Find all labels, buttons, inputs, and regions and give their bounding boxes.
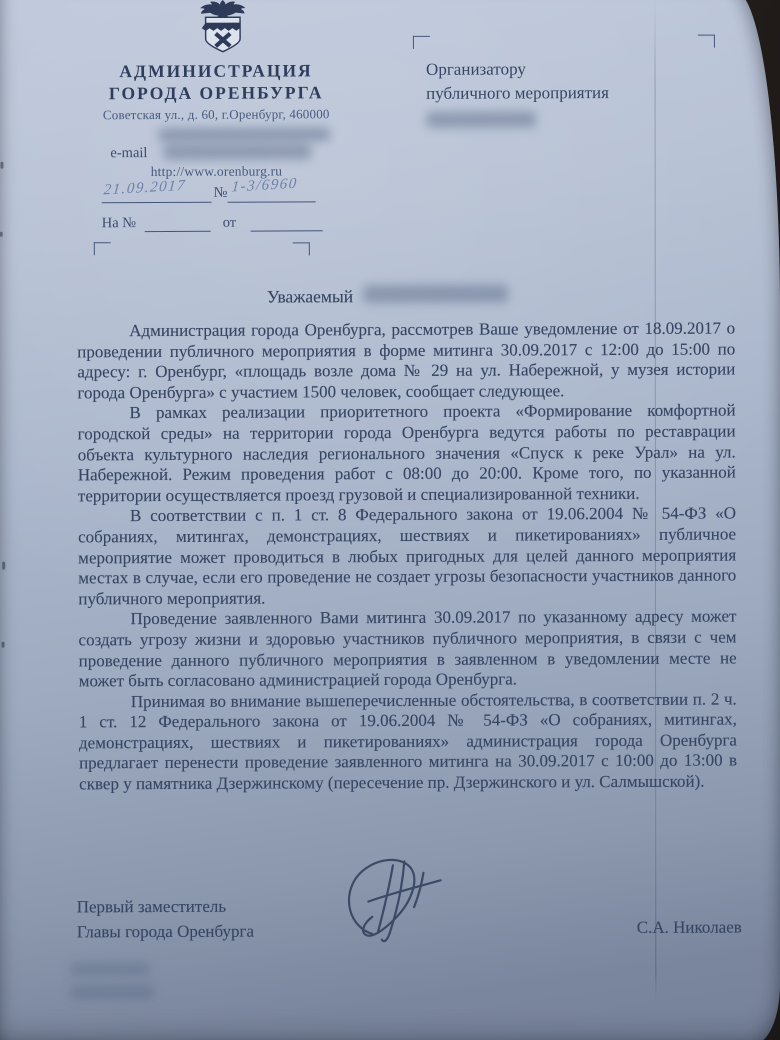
paper-edge-speck xyxy=(0,232,3,237)
org-address: Советская ул., д. 60, г.Оренбург, 460000 xyxy=(88,106,344,123)
corner-mark-top-right xyxy=(698,35,715,48)
corner-mark-bottom-zone-left xyxy=(94,242,111,255)
letter-body: Администрация города Оренбурга, рассмотр… xyxy=(77,318,737,795)
recipient-line2: публичного мероприятия xyxy=(426,83,609,104)
body-paragraph: Администрация города Оренбурга, рассмотр… xyxy=(77,318,735,403)
recipient-line1: Организатору xyxy=(426,59,526,79)
number-underline xyxy=(228,201,316,202)
reference-date-underline xyxy=(251,230,323,231)
paper-edge-speck xyxy=(2,562,5,570)
redacted-executor-line1 xyxy=(70,963,150,975)
redacted-addressee-name xyxy=(363,284,508,303)
corner-mark-top-left xyxy=(413,36,430,49)
body-paragraph: В соответствии с п. 1 ст. 8 Федерального… xyxy=(78,504,736,610)
body-paragraph: Принимая во внимание вышеперечисленные о… xyxy=(79,689,737,795)
number-sign: № xyxy=(214,185,228,202)
email-label: e-mail xyxy=(110,145,147,162)
date-underline xyxy=(102,202,212,203)
orenburg-coat-of-arms-icon xyxy=(194,0,252,61)
paper-edge-speck xyxy=(0,162,3,169)
corner-mark-bottom-zone-right xyxy=(293,242,310,255)
signature-flourish-icon xyxy=(337,852,465,958)
signer-position-line2: Главы города Оренбурга xyxy=(77,922,254,943)
org-name-line1: АДМИНИСТРАЦИЯ xyxy=(88,60,344,82)
redacted-phone xyxy=(158,127,330,142)
redacted-recipient-name xyxy=(426,111,536,127)
org-name-line2: ГОРОДА ОРЕНБУРГА xyxy=(88,82,344,104)
org-website: http://www.orenburg.ru xyxy=(88,163,344,180)
reference-na-label: На № xyxy=(102,215,136,232)
handwritten-date: 21.09.2017 xyxy=(103,178,187,200)
body-paragraph: В рамках реализации приоритетного проект… xyxy=(77,401,735,507)
reference-number-underline xyxy=(145,231,211,232)
signer-name: С.А. Николаев xyxy=(602,917,742,938)
paper-edge-speck xyxy=(2,642,5,648)
letter-content: АДМИНИСТРАЦИЯ ГОРОДА ОРЕНБУРГА Советская… xyxy=(0,0,780,1040)
reference-ot-label: от xyxy=(223,215,236,232)
salutation-text: Уважаемый xyxy=(267,286,353,307)
document-photo: АДМИНИСТРАЦИЯ ГОРОДА ОРЕНБУРГА Советская… xyxy=(0,0,780,1040)
handwritten-number: 1-3/6960 xyxy=(231,176,298,197)
redacted-executor-line2 xyxy=(70,985,154,999)
redacted-email xyxy=(163,143,311,160)
signer-position-line1: Первый заместитель xyxy=(77,897,226,918)
body-paragraph: Проведение заявленного Вами митинга 30.0… xyxy=(78,607,736,692)
